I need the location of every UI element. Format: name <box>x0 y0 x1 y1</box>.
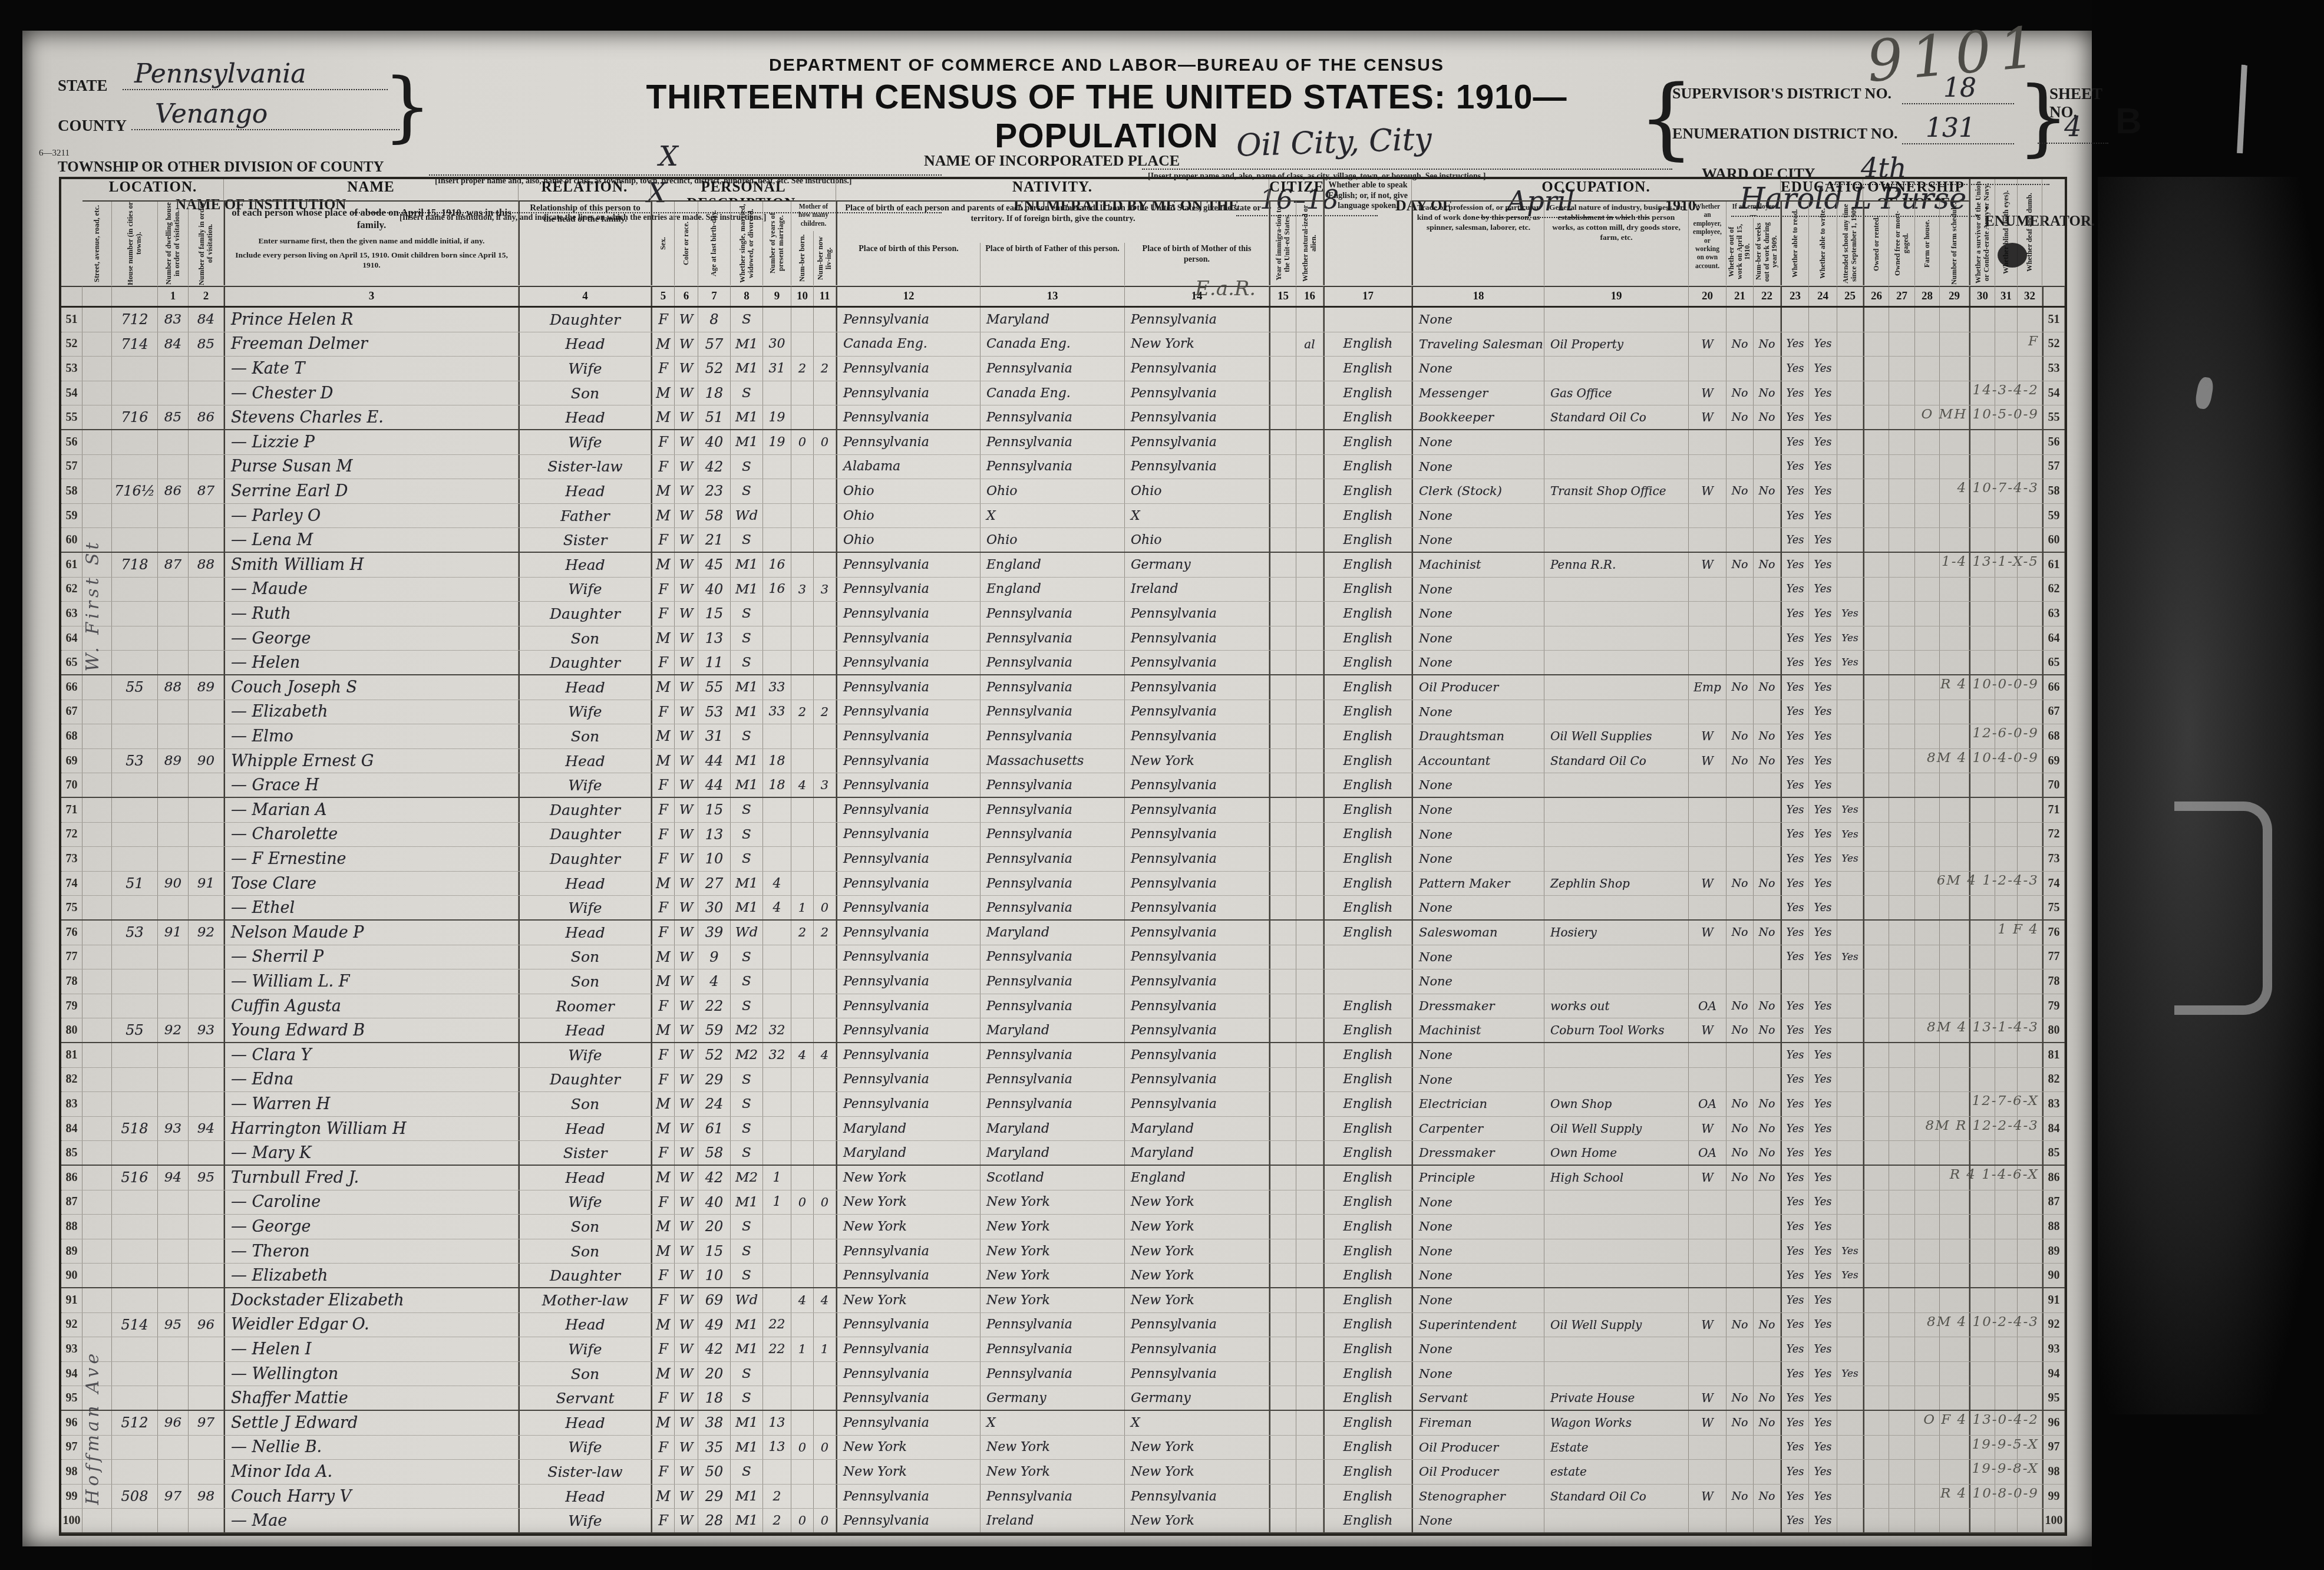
census-row-line-64: 64— GeorgeSonMW13SPennsylvaniaPennsylvan… <box>61 626 2065 651</box>
cell-wks-value: No <box>1758 411 1775 424</box>
cell-name-value: — George <box>231 629 311 648</box>
cell-yrs-value: 30 <box>769 337 785 351</box>
cell-lineR-value: 96 <box>2048 1416 2060 1430</box>
col-owned <box>1863 896 1889 919</box>
cell-lang-value: English <box>1343 827 1393 842</box>
col-cls <box>1689 651 1727 674</box>
col-wks <box>1754 1264 1781 1287</box>
col-bp: Pennsylvania <box>836 357 981 381</box>
cell-family-value: 95 <box>197 1170 214 1185</box>
cell-wks-value: No <box>1758 754 1775 767</box>
col-bpm: Germany <box>1125 1386 1269 1410</box>
cell-bp-value: Pennsylvania <box>843 827 929 842</box>
cell-name-value: Turnbull Fred J. <box>231 1169 359 1187</box>
cell-bpm-value: Ohio <box>1131 533 1162 547</box>
cell-house-value: 716 <box>121 409 148 426</box>
col-family <box>189 823 224 847</box>
col-sched <box>1940 994 1969 1018</box>
col-out: No <box>1727 1485 1754 1509</box>
col-bpf: Ohio <box>981 479 1125 503</box>
col-lineL: 91 <box>61 1288 82 1312</box>
cell-sex-value: F <box>658 704 668 720</box>
cell-sex-value: F <box>658 1390 668 1406</box>
col-number-cls: 20 <box>1689 286 1727 306</box>
col-name: — Warren H <box>224 1092 519 1116</box>
col-number-read: 23 <box>1781 286 1809 306</box>
col-vet <box>1969 1264 1995 1287</box>
col-nat <box>1296 504 1323 528</box>
cell-yrs-value: 13 <box>769 1440 785 1454</box>
cell-cl-value: 0 <box>821 1195 828 1209</box>
col-color: W <box>675 823 698 847</box>
col-dwell <box>158 1509 189 1532</box>
cell-bpm-value: X <box>1131 1416 1140 1430</box>
cell-bp-value: Pennsylvania <box>843 704 929 719</box>
col-bp: Pennsylvania <box>836 773 981 797</box>
cell-bp-value: Pennsylvania <box>843 680 929 695</box>
col-wks <box>1754 823 1781 847</box>
col-owned <box>1863 872 1889 896</box>
col-bpf: Pennsylvania <box>981 1092 1125 1116</box>
col-bp: New York <box>836 1436 981 1460</box>
col-wks <box>1754 455 1781 479</box>
col-farm <box>1915 1166 1940 1190</box>
cell-dwell-value: 86 <box>164 483 181 499</box>
col-sex: F <box>651 896 675 919</box>
col-house <box>112 455 158 479</box>
cell-color-value: W <box>679 900 694 915</box>
col-house: 714 <box>112 332 158 357</box>
col-family <box>189 1239 224 1264</box>
col-color: W <box>675 1117 698 1141</box>
col-sched <box>1940 773 1969 797</box>
col-family <box>189 1043 224 1067</box>
col-occ: None <box>1412 1068 1544 1092</box>
col-family <box>189 1092 224 1116</box>
col-farm <box>1915 1092 1940 1116</box>
col-cl <box>814 405 836 429</box>
cell-yrs-value: 33 <box>769 680 785 695</box>
cell-color-value: W <box>679 1195 694 1210</box>
col-occ: Superintendent <box>1412 1313 1544 1337</box>
col-yrs <box>763 921 791 945</box>
cell-color-value: W <box>679 434 694 450</box>
col-sex: F <box>651 1460 675 1484</box>
cell-age-value: 35 <box>705 1439 724 1456</box>
cell-sex-value: M <box>656 1096 671 1112</box>
cell-sex-value: F <box>658 998 668 1014</box>
col-owned <box>1863 700 1889 724</box>
col-bpf: Pennsylvania <box>981 823 1125 847</box>
col-lineL: 71 <box>61 798 82 822</box>
col-house <box>112 1509 158 1532</box>
col-street <box>82 823 112 847</box>
col-mortg <box>1889 921 1915 945</box>
census-row-line-68: 68— ElmoSonMW31SPennsylvaniaPennsylvania… <box>61 724 2065 749</box>
col-lang: English <box>1323 528 1412 552</box>
col-nat <box>1296 921 1323 945</box>
col-imm <box>1269 1411 1296 1435</box>
col-header-text-write: Whether able to write. <box>1819 202 1827 285</box>
cell-sex-value: F <box>658 1439 668 1456</box>
col-family <box>189 651 224 674</box>
cell-bpf-value: Maryland <box>986 925 1049 940</box>
col-read: Yes <box>1781 405 1809 429</box>
census-row-line-80: 80559293Young Edward BHeadMW59M232Pennsy… <box>61 1018 2065 1043</box>
cell-write-value: Yes <box>1814 436 1831 448</box>
col-mortg <box>1889 1288 1915 1312</box>
col-color: W <box>675 602 698 626</box>
col-cls: W <box>1689 724 1727 748</box>
cell-lang-value: English <box>1343 1293 1393 1308</box>
col-imm <box>1269 1337 1296 1361</box>
cell-write-value: Yes <box>1814 1466 1831 1478</box>
cell-age-value: 11 <box>705 654 724 671</box>
cell-read-value: Yes <box>1786 681 1804 694</box>
cell-bp-value: Pennsylvania <box>843 876 929 891</box>
cell-yrs-value: 18 <box>769 778 785 793</box>
cell-read-value: Yes <box>1786 1049 1804 1061</box>
col-out <box>1727 528 1754 552</box>
col-age: 31 <box>698 724 731 748</box>
col-family: 86 <box>189 405 224 429</box>
cell-write-value: Yes <box>1814 1245 1831 1258</box>
col-color: W <box>675 1362 698 1386</box>
col-mortg <box>1889 1509 1915 1532</box>
cell-lineR-value: 87 <box>2048 1195 2060 1209</box>
col-lineR: 57 <box>2042 455 2065 479</box>
cell-cls-value: W <box>1701 1489 1714 1503</box>
col-lineR: 89 <box>2042 1239 2065 1264</box>
cell-cb-value: 1 <box>798 1342 806 1356</box>
col-imm <box>1269 994 1296 1018</box>
col-write: Yes <box>1809 945 1837 969</box>
col-sched <box>1940 1141 1969 1165</box>
cell-read-value: Yes <box>1786 657 1804 669</box>
col-family: 91 <box>189 872 224 896</box>
col-relation: Roomer <box>519 994 651 1018</box>
col-school: Yes <box>1837 798 1863 822</box>
cell-write-value: Yes <box>1814 1221 1831 1233</box>
col-sex: M <box>651 405 675 429</box>
cell-bpf-value: Pennsylvania <box>986 876 1072 891</box>
col-name: — Nellie B. <box>224 1436 519 1460</box>
cell-lineR-value: 97 <box>2048 1440 2060 1454</box>
cell-marital-value: S <box>742 312 751 327</box>
col-occ: None <box>1412 430 1544 454</box>
col-farm <box>1915 430 1940 454</box>
col-farm <box>1915 528 1940 552</box>
cell-bpf-value: Germany <box>986 1391 1047 1406</box>
cell-color-value: W <box>679 1047 694 1063</box>
cell-lineR-value: 91 <box>2048 1294 2060 1307</box>
cell-occ-value: None <box>1419 974 1453 988</box>
cell-marital-value: M1 <box>735 680 758 695</box>
cell-lineL-value: 96 <box>66 1416 78 1430</box>
col-yrs <box>763 1068 791 1092</box>
col-nat <box>1296 1411 1323 1435</box>
col-deaf <box>2018 994 2042 1018</box>
col-sex: M <box>651 1313 675 1337</box>
col-bpf: Pennsylvania <box>981 1043 1125 1067</box>
col-age: 57 <box>698 332 731 357</box>
col-color: W <box>675 1337 698 1361</box>
cell-age-value: 28 <box>705 1512 724 1529</box>
col-cb <box>791 675 814 700</box>
cell-write-value: Yes <box>1814 1417 1831 1429</box>
col-deaf <box>2018 430 2042 454</box>
col-out <box>1727 823 1754 847</box>
col-cl <box>814 1141 836 1165</box>
cell-read-value: Yes <box>1786 485 1804 497</box>
col-bpf: New York <box>981 1288 1125 1312</box>
cell-lineR-value: 60 <box>2048 533 2060 547</box>
col-lineL: 95 <box>61 1386 82 1410</box>
col-bp: Pennsylvania <box>836 1068 981 1092</box>
col-out <box>1727 1288 1754 1312</box>
cell-bpm-value: X <box>1131 509 1140 523</box>
cell-yrs-value: 2 <box>773 1513 781 1528</box>
col-color: W <box>675 700 698 724</box>
col-mortg <box>1889 1436 1915 1460</box>
col-cl: 2 <box>814 700 836 724</box>
col-cb <box>791 1166 814 1190</box>
col-out <box>1727 773 1754 797</box>
col-nat <box>1296 994 1323 1018</box>
col-cls: OA <box>1689 1141 1727 1165</box>
group-title-citizenship: CITIZENSHIP. <box>1269 179 1323 202</box>
cell-write-value: Yes <box>1814 583 1831 595</box>
col-marital: M1 <box>731 578 763 602</box>
col-bpf: X <box>981 504 1125 528</box>
cell-wks-value: No <box>1758 730 1775 743</box>
cell-lineL-value: 83 <box>66 1097 78 1111</box>
col-read: Yes <box>1781 1411 1809 1435</box>
col-cb <box>791 1264 814 1287</box>
col-street <box>82 945 112 969</box>
census-row-line-61: 617188788Smith William HHeadMW45M116Penn… <box>61 553 2065 578</box>
cell-bp-value: New York <box>843 1440 907 1454</box>
cell-yrs-value: 16 <box>769 558 785 572</box>
col-vet <box>1969 1288 1995 1312</box>
col-house <box>112 1386 158 1410</box>
col-family: 87 <box>189 479 224 503</box>
cell-cb-value: 2 <box>798 361 806 375</box>
cell-out-value: No <box>1731 1146 1748 1159</box>
col-relation: Daughter <box>519 1264 651 1287</box>
township-label: Township or other division of county <box>58 159 384 176</box>
col-cl: 3 <box>814 773 836 797</box>
col-bpf: Canada Eng. <box>981 332 1125 357</box>
cell-ind-value: Oil Well Supply <box>1550 1122 1642 1136</box>
col-dwell <box>158 357 189 381</box>
cell-occ-value: None <box>1419 901 1453 915</box>
col-wks <box>1754 528 1781 552</box>
col-occ: None <box>1412 1239 1544 1264</box>
cell-read-value: Yes <box>1786 559 1804 571</box>
col-family <box>189 773 224 797</box>
col-sex: F <box>651 1288 675 1312</box>
census-row-line-53: 53— Kate TWifeFW52M13122PennsylvaniaPenn… <box>61 357 2065 381</box>
cell-relation-value: Wife <box>568 580 602 598</box>
cell-relation-value: Sister <box>563 532 608 549</box>
cell-sex-value: M <box>656 385 671 401</box>
cell-name-value: — Elmo <box>231 727 293 746</box>
col-house <box>112 1190 158 1215</box>
census-row-line-99: 995089798Couch Harry VHeadMW29M12Pennsyl… <box>61 1485 2065 1509</box>
col-bp: Pennsylvania <box>836 405 981 429</box>
col-color: W <box>675 1386 698 1410</box>
col-wks <box>1754 969 1781 994</box>
col-bp: Pennsylvania <box>836 578 981 602</box>
col-cb: 4 <box>791 773 814 797</box>
col-farm <box>1915 1215 1940 1239</box>
cell-age-value: 20 <box>705 1365 724 1382</box>
cell-write-value: Yes <box>1814 926 1831 939</box>
col-mortg <box>1889 945 1915 969</box>
cell-lineL-value: 65 <box>66 656 78 669</box>
col-blind <box>1995 1215 2018 1239</box>
col-nat <box>1296 381 1323 405</box>
col-relation: Head <box>519 1485 651 1509</box>
col-family <box>189 578 224 602</box>
col-imm <box>1269 1215 1296 1239</box>
col-farm <box>1915 626 1940 651</box>
col-ind: Oil Well Supply <box>1544 1313 1689 1337</box>
cell-lang-value: English <box>1343 582 1393 596</box>
col-deaf <box>2018 847 2042 871</box>
col-sex: M <box>651 1239 675 1264</box>
col-header-read: Whether able to read. <box>1781 202 1809 285</box>
sheet-value: 4 <box>2064 111 2081 143</box>
cell-age-value: 10 <box>705 1267 724 1284</box>
col-lineR: 87 <box>2042 1190 2065 1215</box>
col-marital: M1 <box>731 773 763 797</box>
col-relation: Head <box>519 1018 651 1042</box>
cell-relation-value: Wife <box>568 360 602 377</box>
col-age: 13 <box>698 823 731 847</box>
col-vet <box>1969 578 1995 602</box>
col-imm <box>1269 798 1296 822</box>
col-lineR: 62 <box>2042 578 2065 602</box>
cell-bpm-value: Pennsylvania <box>1131 410 1217 425</box>
col-farm <box>1915 798 1940 822</box>
col-bp: Pennsylvania <box>836 1018 981 1042</box>
col-bp: Pennsylvania <box>836 724 981 748</box>
cell-bp-value: Pennsylvania <box>843 631 929 646</box>
col-cls <box>1689 1215 1727 1239</box>
cell-bpm-value: Pennsylvania <box>1131 1048 1217 1063</box>
col-occ: Clerk (Stock) <box>1412 479 1544 503</box>
supervisors-district-label: Supervisor's District No. <box>1672 85 1891 103</box>
col-nat <box>1296 945 1323 969</box>
table-body: 517128384Prince Helen RDaughterFW8SPenns… <box>61 308 2065 1533</box>
col-sex: F <box>651 700 675 724</box>
cell-read-value: Yes <box>1786 828 1804 840</box>
cell-lang-value: English <box>1343 1465 1393 1479</box>
col-relation: Wife <box>519 1190 651 1215</box>
cell-bpm-value: Pennsylvania <box>1131 361 1217 376</box>
cell-school-value: Yes <box>1841 1269 1858 1281</box>
census-row-line-58: 58716½8687Serrine Earl DHeadMW23SOhioOhi… <box>61 479 2065 504</box>
col-bpm: Ohio <box>1125 479 1269 503</box>
cell-lineR-value: 53 <box>2048 362 2060 375</box>
col-blind <box>1995 1264 2018 1287</box>
cell-lang-value: English <box>1343 1367 1393 1381</box>
cell-marital-value: M1 <box>735 777 758 793</box>
col-bpm: Ireland <box>1125 578 1269 602</box>
col-lang: English <box>1323 675 1412 700</box>
col-age: 10 <box>698 847 731 871</box>
col-bp: Pennsylvania <box>836 675 981 700</box>
col-cls <box>1689 1509 1727 1532</box>
col-farm <box>1915 357 1940 381</box>
col-nat <box>1296 1141 1323 1165</box>
cell-lang-value: English <box>1343 1268 1393 1283</box>
cell-read-value: Yes <box>1786 1147 1804 1159</box>
col-cl <box>814 1092 836 1116</box>
col-owned <box>1863 1460 1889 1484</box>
col-lineL: 65 <box>61 651 82 674</box>
cell-bpm-value: New York <box>1131 1293 1194 1308</box>
col-owned <box>1863 430 1889 454</box>
col-read: Yes <box>1781 1166 1809 1190</box>
col-family <box>189 700 224 724</box>
cell-bpm-value: Pennsylvania <box>1131 1317 1217 1332</box>
cell-marital-value: M2 <box>735 1170 758 1185</box>
col-school: Yes <box>1837 847 1863 871</box>
col-write: Yes <box>1809 504 1837 528</box>
cell-bpf-value: Pennsylvania <box>986 1048 1072 1063</box>
margin-pencil-code: R 4 10-0-0-9 <box>1940 677 2039 692</box>
col-occ: None <box>1412 528 1544 552</box>
col-dwell <box>158 578 189 602</box>
col-wks: No <box>1754 1117 1781 1141</box>
col-family: 96 <box>189 1313 224 1337</box>
cell-lineL-value: 86 <box>66 1171 78 1185</box>
cell-name-value: — Helen <box>231 654 300 672</box>
col-mortg <box>1889 504 1915 528</box>
cell-wks-value: No <box>1758 1490 1775 1503</box>
cell-sex-value: M <box>656 1218 671 1235</box>
col-header-deaf: Whether deaf and dumb. <box>2018 179 2042 285</box>
col-out <box>1727 578 1754 602</box>
col-owned <box>1863 626 1889 651</box>
col-yrs <box>763 1239 791 1264</box>
cell-sex-value: F <box>658 1047 668 1063</box>
col-house <box>112 773 158 797</box>
cell-age-value: 24 <box>705 1096 724 1112</box>
col-house: 516 <box>112 1166 158 1190</box>
col-header-lang-text: Whether able to speak English; or, if no… <box>1325 179 1411 213</box>
col-cl <box>814 724 836 748</box>
col-read: Yes <box>1781 921 1809 945</box>
col-sex: M <box>651 1485 675 1509</box>
place-label: Name of incorporated place <box>924 152 1180 170</box>
cell-bp-value: Pennsylvania <box>843 312 929 327</box>
col-bp: Pennsylvania <box>836 1362 981 1386</box>
col-lang: English <box>1323 1362 1412 1386</box>
col-marital: S <box>731 994 763 1018</box>
col-farm <box>1915 872 1940 896</box>
col-family <box>189 969 224 994</box>
col-mortg <box>1889 626 1915 651</box>
cell-marital-value: M1 <box>735 337 758 352</box>
cell-bpf-value: Pennsylvania <box>986 459 1072 474</box>
col-vet <box>1969 1215 1995 1239</box>
col-bpf: X <box>981 1411 1125 1435</box>
col-header-farm: Farm or house. <box>1915 202 1940 285</box>
